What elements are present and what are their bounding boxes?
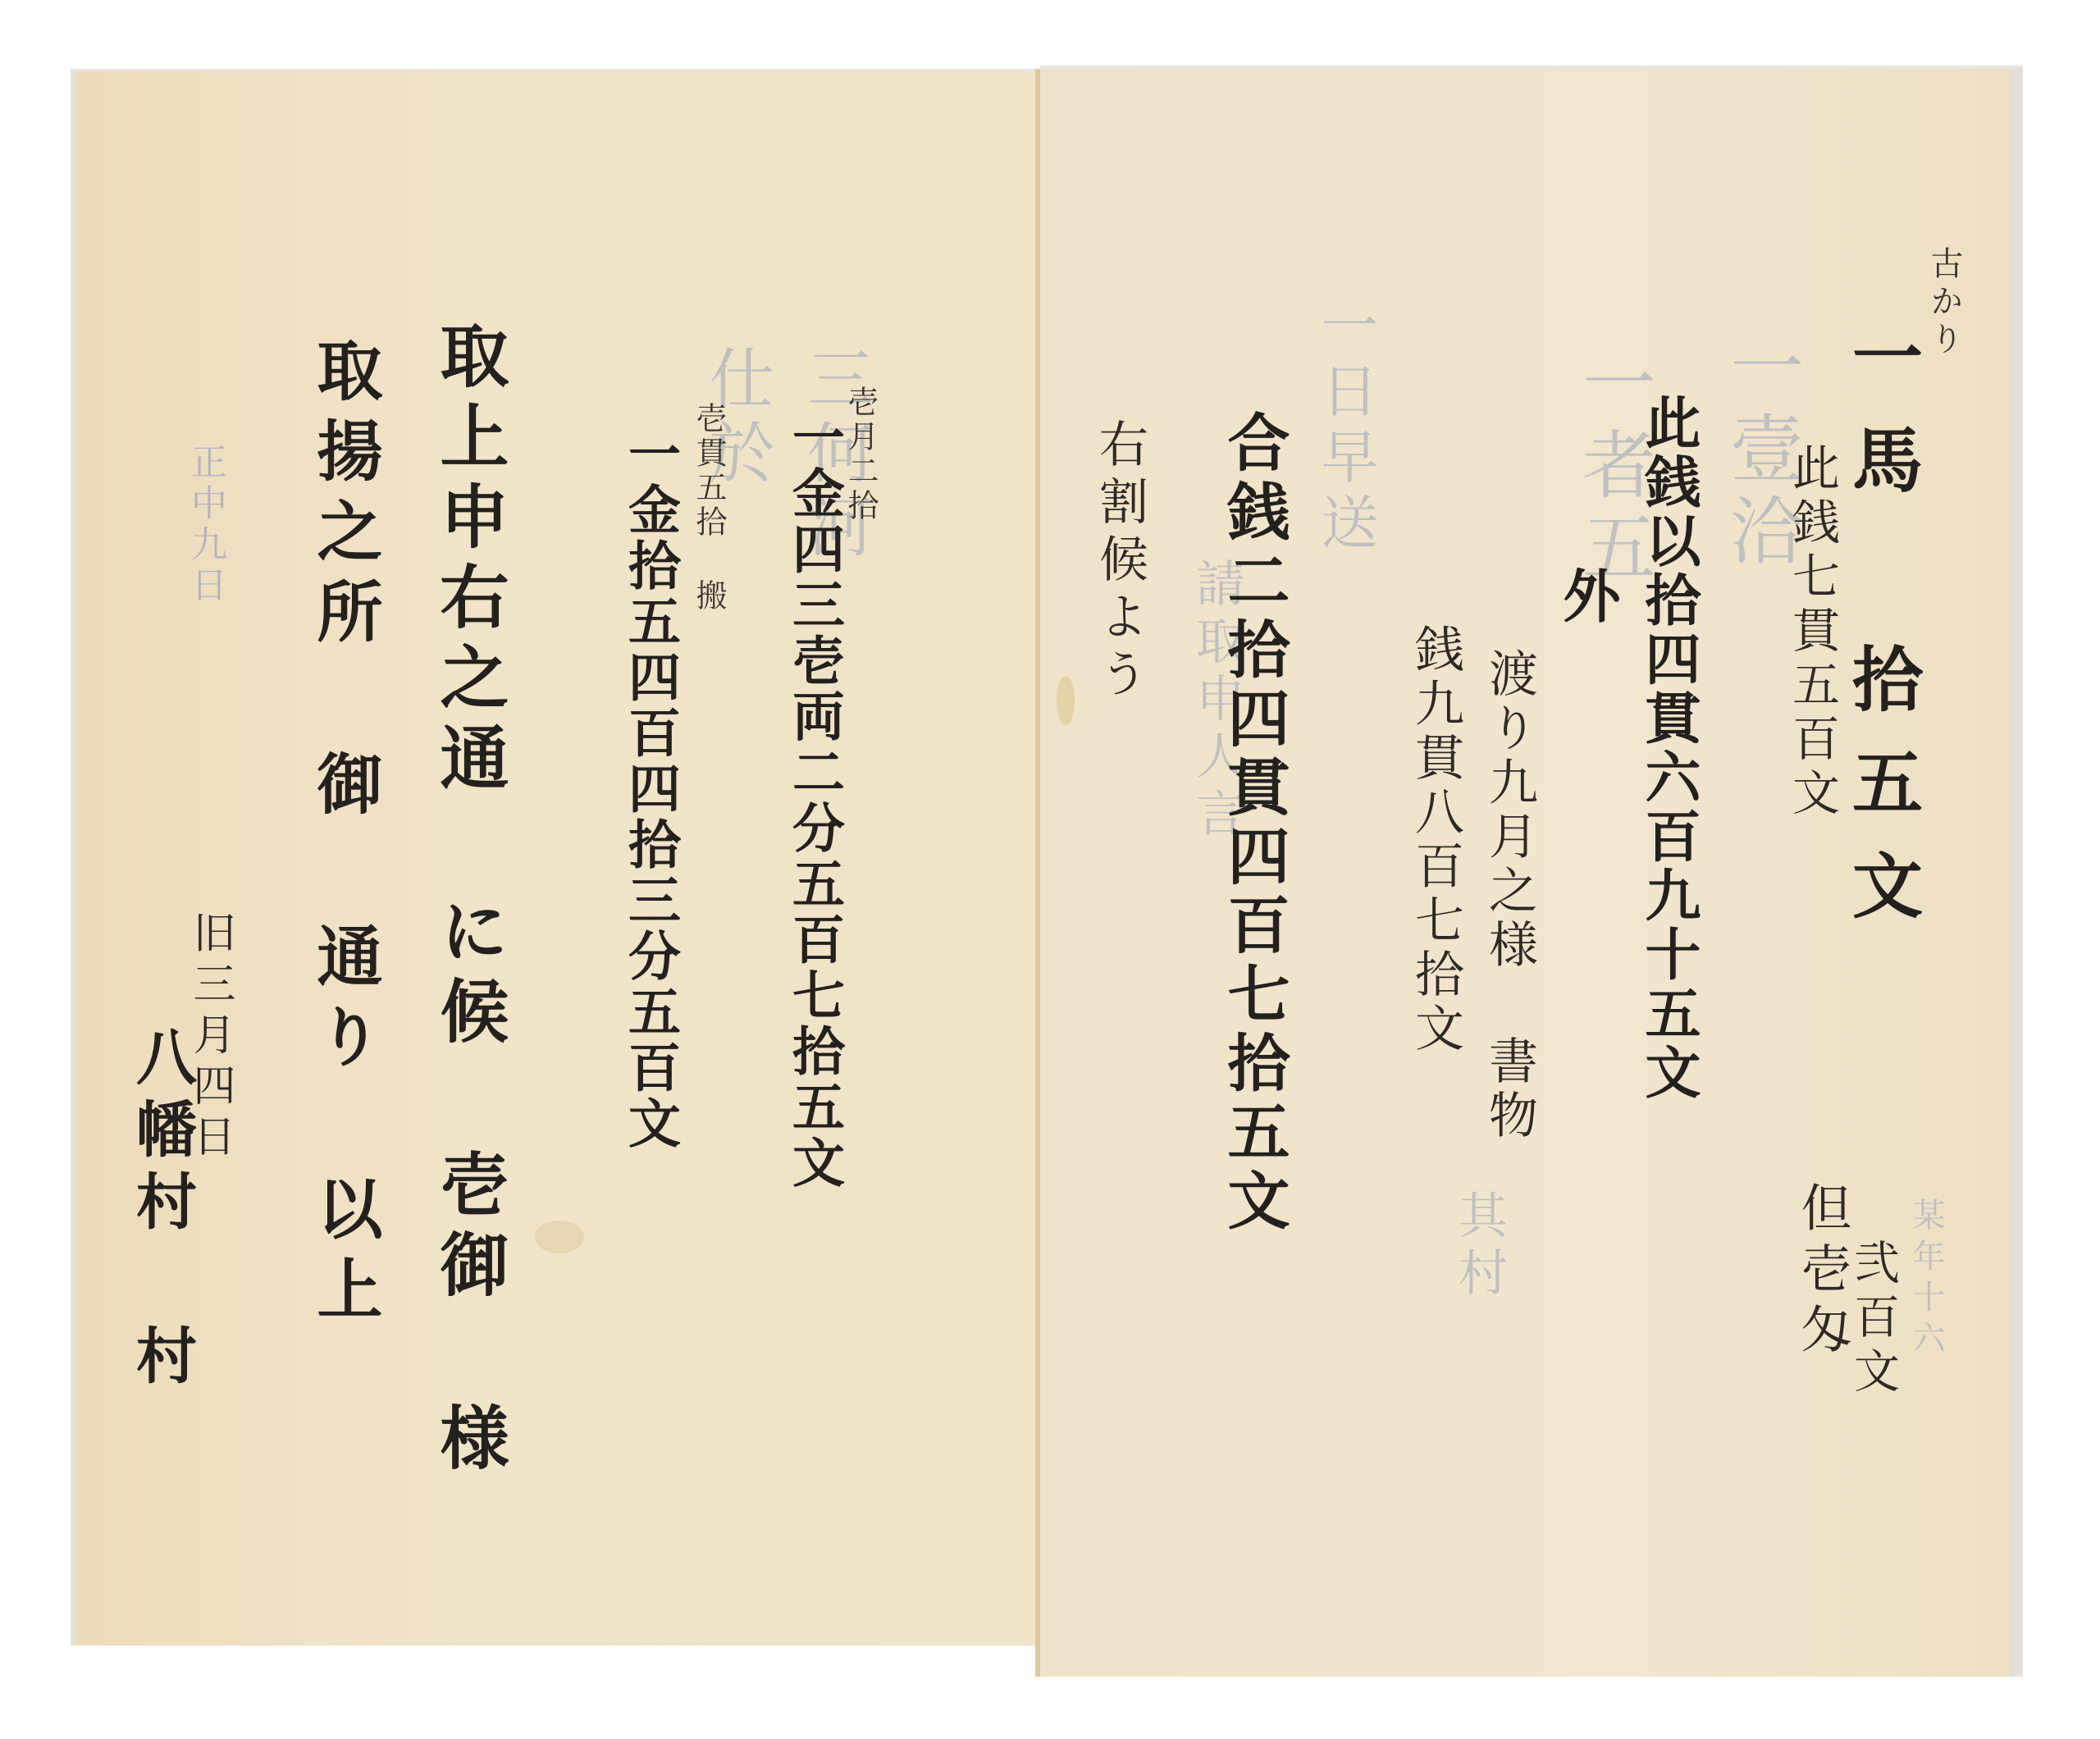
bleed-through-text: 其村 [1444,1189,1514,1304]
entry-2-note: 壱貫五拾 搬 [693,402,724,614]
subtotal-line-2: 此銭以拾四貫六百九十五文 [1641,394,1696,1102]
item-horse: 一馬 拾五文 [1846,320,1916,952]
paper-stain [535,1221,584,1253]
signature-line-2: 弐百文 [1850,1239,1896,1401]
annotation-text: 古かり [1928,246,1961,359]
village-signature: 八幡村 村 [131,1025,192,1396]
paper-stain [1057,676,1075,725]
extra-line-2: 銭九貫八百七拾文 [1411,623,1460,1057]
entry-2: 一金拾五四百四拾三分五百文 [623,427,676,1152]
closing-line: 右割候よう [1095,418,1144,705]
entry-1-note: 壱月二拾 [845,386,876,523]
subtotal-line-1: 此銭七貫五百文 [1788,443,1836,822]
total-line: 合銭二拾四貫四百七拾五文 [1222,410,1285,1237]
entry-1: 一金四三壱両二分五百七拾五文 [787,410,840,1191]
left-page [71,69,1042,1645]
extra-line-1: 渡り九月之様 書物 [1485,648,1534,1143]
faint-note: 正中九日 [187,443,223,607]
body-line-2: 取揚之所 御 通り 以上 [312,336,377,1335]
body-line-1: 取上申右之通 に候 壱御 様 [435,320,504,1482]
outside-label: 外 [1559,566,1616,628]
bleed-through-text: 某年十六 [1903,1198,1950,1362]
bleed-through-text: 一日早送 [1304,295,1387,558]
signature-line-1: 但壱匁 [1796,1181,1847,1363]
